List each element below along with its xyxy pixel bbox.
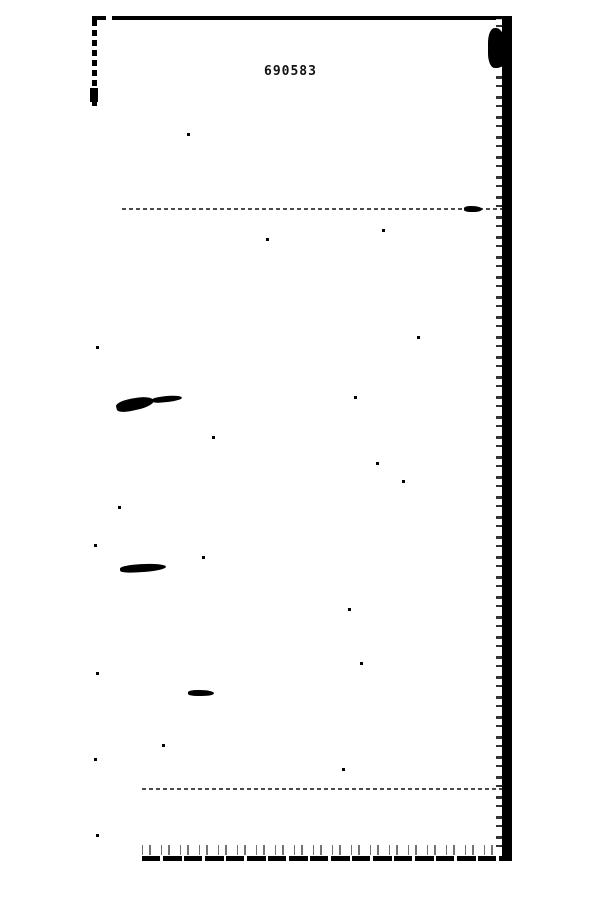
ink-smudge [464,206,482,212]
ink-smudge [488,28,506,68]
faint-rule-line [142,788,502,790]
scan-speck [417,336,420,339]
page-bottom-edge [142,856,502,861]
scan-speck [118,506,121,509]
ink-smudge [152,394,182,403]
scan-speck [342,768,345,771]
scan-speck [348,608,351,611]
page-right-edge [502,16,512,861]
page-right-edge-noise [496,16,502,861]
scan-speck [187,133,190,136]
scan-speck [402,480,405,483]
ink-smudge [120,562,166,573]
faint-rule-line [122,208,502,210]
ink-smudge [188,690,214,696]
scan-speck [266,238,269,241]
page-bottom-noise [142,845,502,855]
scan-speck [376,462,379,465]
scan-speck [360,662,363,665]
scanned-page: 690583 [92,16,512,861]
page-top-edge [92,16,512,20]
scan-speck [96,346,99,349]
scan-speck [382,229,385,232]
scan-speck [94,758,97,761]
page-top-edge-gap [106,16,112,20]
scan-speck [94,544,97,547]
scan-speck [162,744,165,747]
scan-speck [212,436,215,439]
scan-speck [354,396,357,399]
library-stamp-number: 690583 [264,64,317,79]
ink-smudge [115,394,155,414]
page-left-ink-blot [90,88,98,102]
scan-speck [96,834,99,837]
scan-speck [202,556,205,559]
scan-speck [96,672,99,675]
